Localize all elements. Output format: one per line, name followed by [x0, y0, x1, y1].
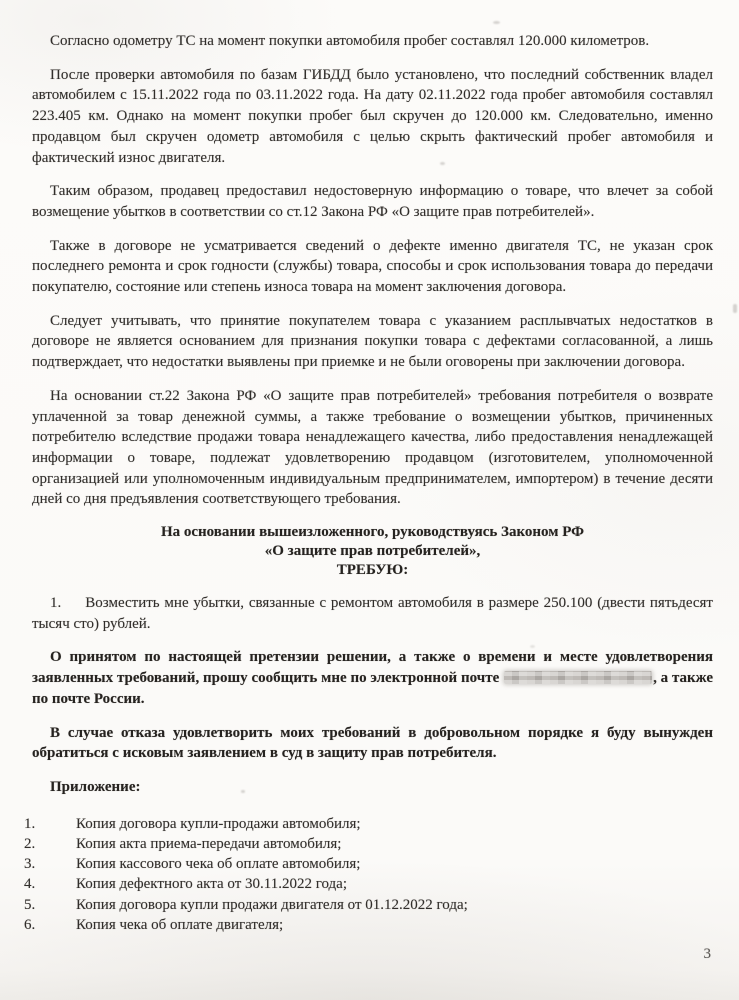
attachment-text: Копия кассового чека об оплате автомобил… [76, 856, 360, 872]
attachment-text: Копия договора купли-продажи автомобиля; [76, 816, 361, 832]
scan-speck [493, 21, 500, 24]
paragraph-odometer-reading: Согласно одометру ТС на момент покупки а… [32, 31, 713, 52]
paragraph-article-22: На основании ст.22 Закона РФ «О защите п… [32, 386, 713, 510]
attachment-number: 5. [24, 895, 76, 915]
paragraph-gibdd-check: После проверки автомобиля по базам ГИБДД… [32, 65, 713, 169]
scan-speck [530, 645, 535, 648]
document-content: Согласно одометру ТС на момент покупки а… [0, 0, 739, 935]
scan-speck [440, 162, 445, 165]
paragraph-contract-omissions: Также в договоре не усматривается сведен… [32, 236, 713, 298]
attachment-number: 4. [24, 874, 76, 894]
attachment-item: 2.Копия акта приема-передачи автомобиля; [32, 834, 713, 854]
demand-item-number: 1. [50, 595, 61, 611]
attachment-number: 2. [24, 834, 76, 854]
document-page: Согласно одометру ТС на момент покупки а… [0, 0, 739, 1000]
attachment-item: 3.Копия кассового чека об оплате автомоб… [32, 854, 713, 874]
attachment-number: 1. [24, 814, 76, 834]
attachment-item: 6.Копия чека об оплате двигателя; [32, 915, 713, 935]
paragraph-vague-defects: Следует учитывать, что принятие покупате… [32, 311, 713, 373]
attachment-item: 5.Копия договора купли продажи двигателя… [32, 895, 713, 915]
scan-speck [241, 790, 245, 793]
attachment-text: Копия чека об оплате двигателя; [76, 917, 283, 933]
heading-line-3: ТРЕБУЮ: [32, 561, 713, 580]
notify-paragraph: О принятом по настоящей претензии решени… [32, 647, 713, 709]
attachment-item: 4.Копия дефектного акта от 30.11.2022 го… [32, 874, 713, 894]
heading-line-2: «О защите прав потребителей», [32, 542, 713, 561]
refusal-paragraph: В случае отказа удовлетворить моих требо… [32, 723, 713, 764]
attachments-title: Приложение: [32, 777, 713, 798]
demands-heading: На основании вышеизложенного, руководств… [32, 523, 713, 580]
page-number: 3 [704, 946, 712, 963]
attachment-text: Копия договора купли продажи двигателя о… [76, 897, 468, 913]
attachments-list: 1.Копия договора купли-продажи автомобил… [32, 814, 713, 935]
attachment-number: 6. [24, 915, 76, 935]
attachment-text: Копия акта приема-передачи автомобиля; [76, 836, 341, 852]
attachment-text: Копия дефектного акта от 30.11.2022 года… [76, 876, 347, 892]
attachment-item: 1.Копия договора купли-продажи автомобил… [32, 814, 713, 834]
demand-item-text: Возместить мне убытки, связанные с ремон… [32, 595, 713, 632]
demand-item: 1.Возместить мне убытки, связанные с рем… [32, 593, 713, 634]
redacted-email [504, 671, 652, 684]
scan-speck [733, 304, 737, 313]
attachment-number: 3. [24, 854, 76, 874]
paragraph-unreliable-info: Таким образом, продавец предоставил недо… [32, 181, 713, 222]
heading-line-1: На основании вышеизложенного, руководств… [32, 523, 713, 542]
